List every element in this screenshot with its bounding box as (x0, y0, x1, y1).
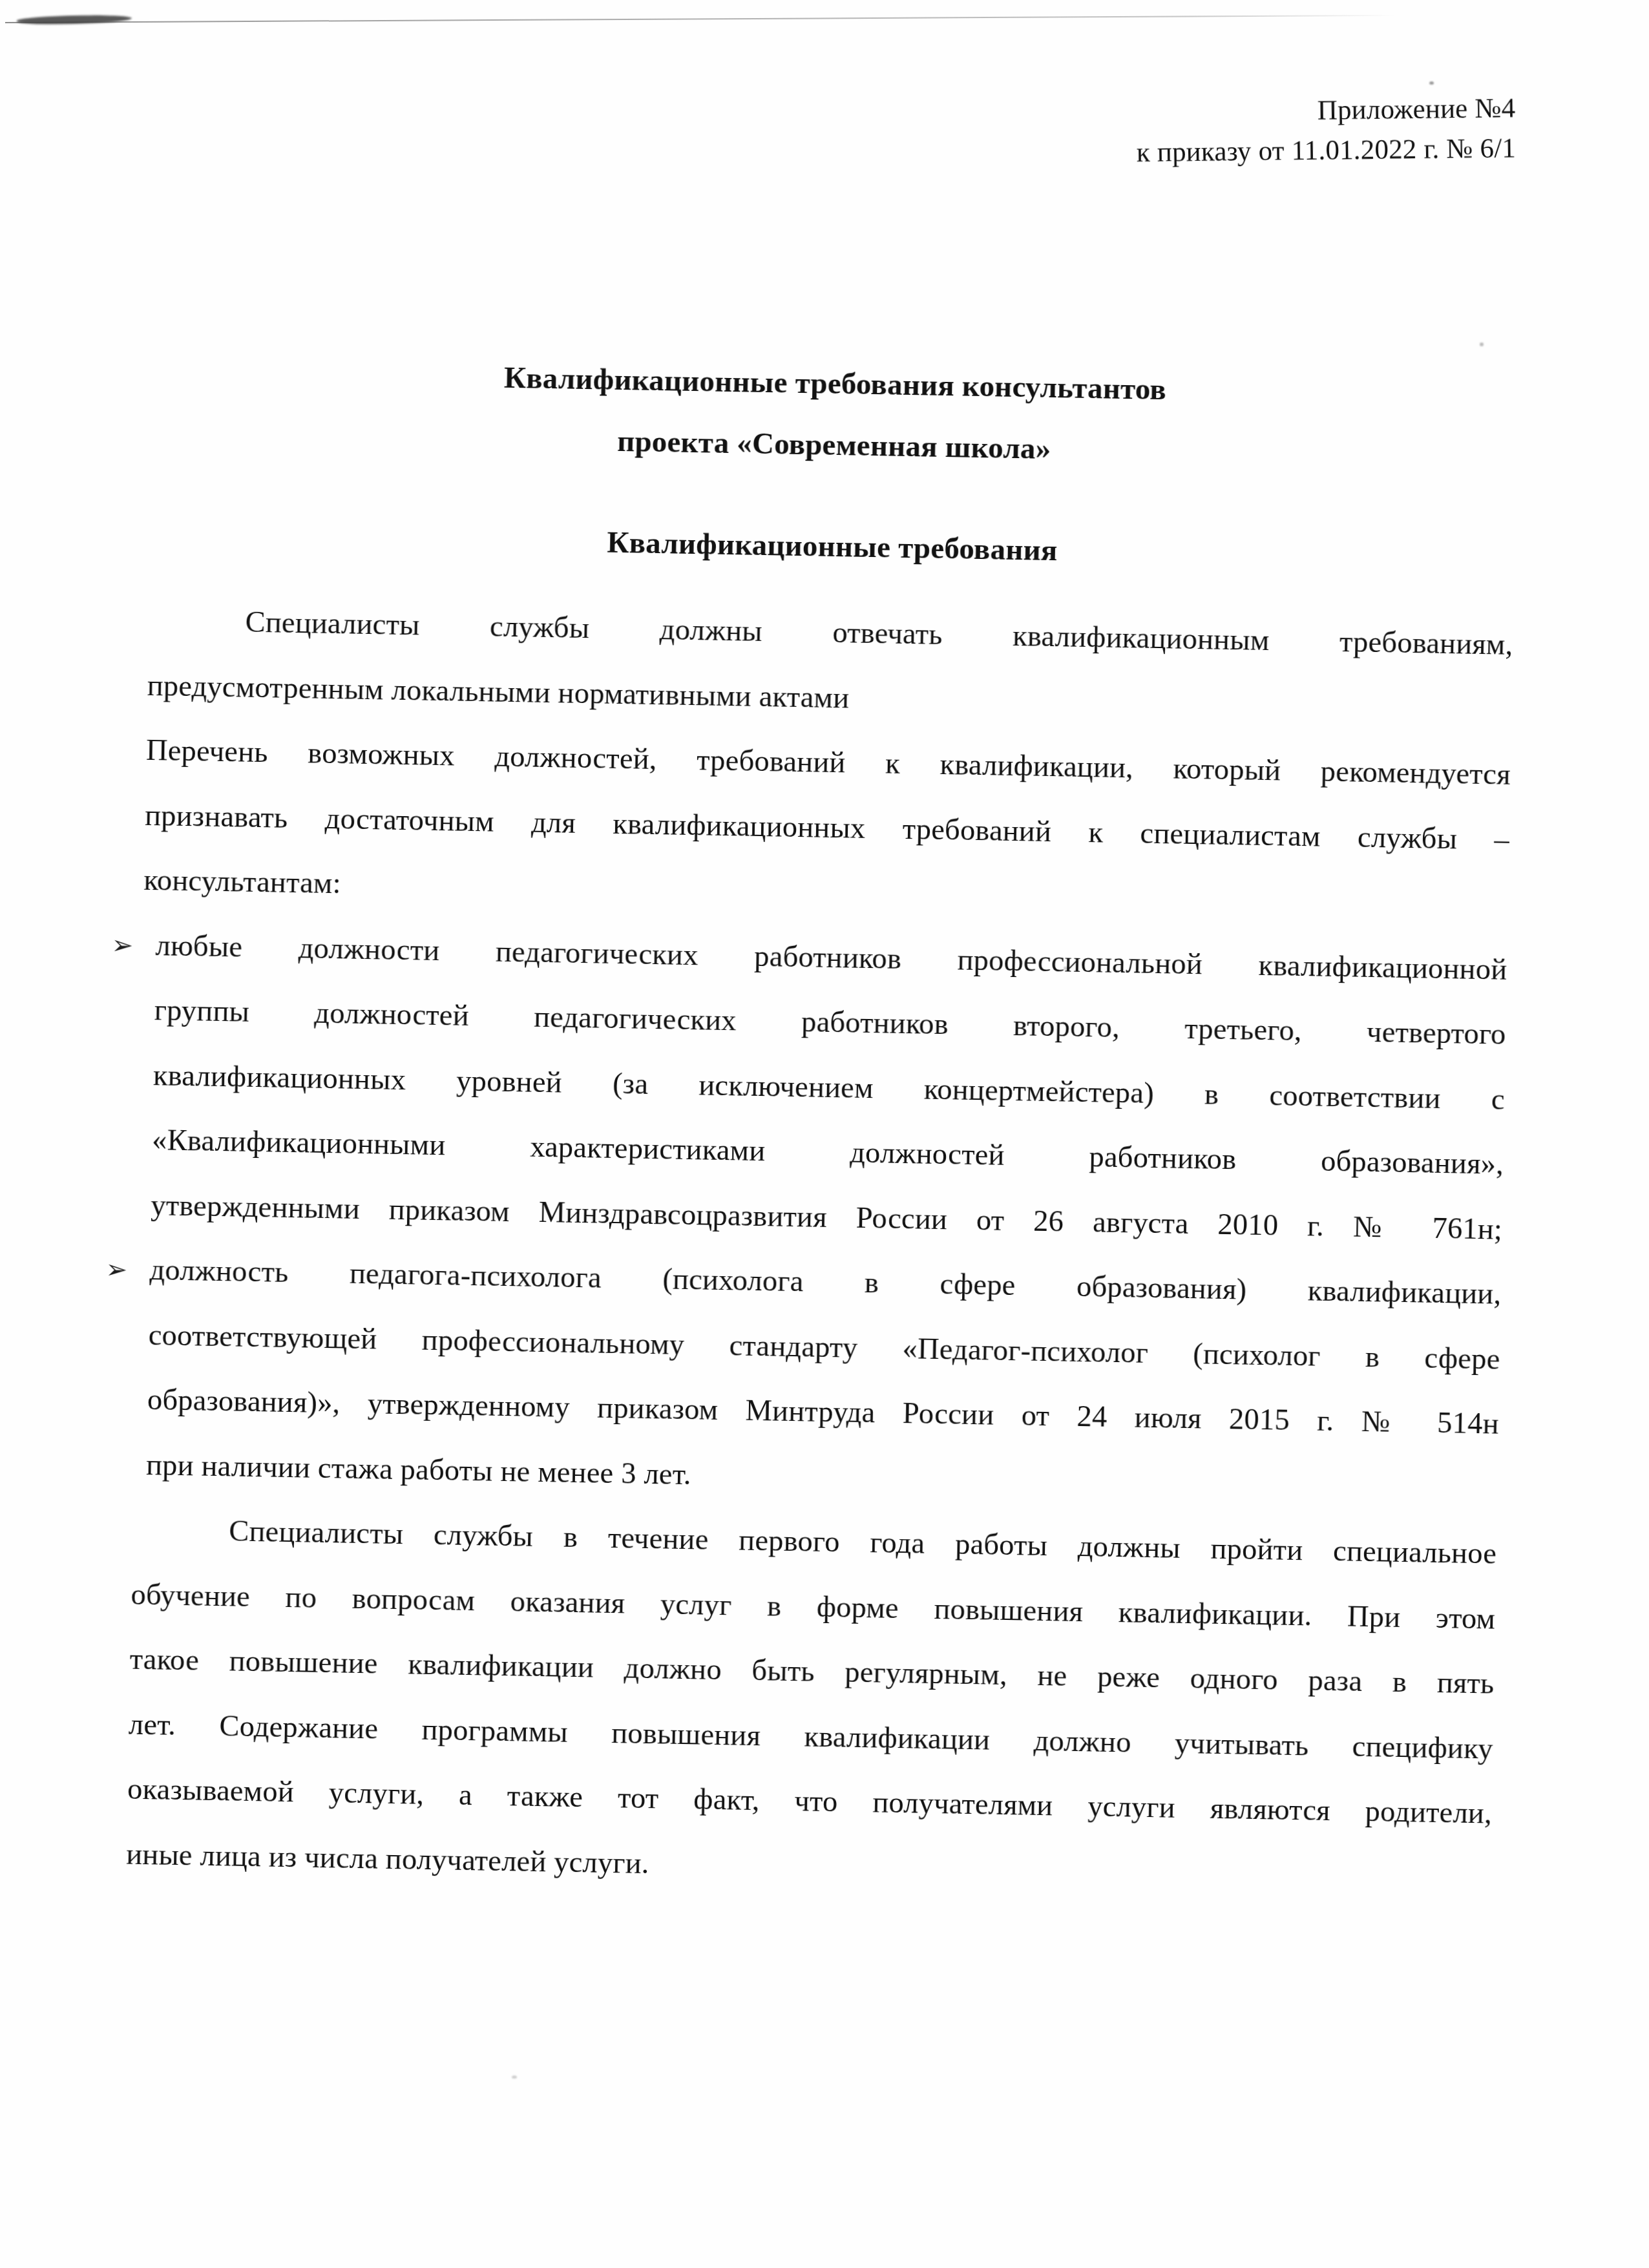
bullet-line-text: образования)», утвержденному приказом Ми… (147, 1383, 1500, 1441)
scan-speck (1429, 81, 1434, 85)
document-content: Приложение №4 к приказу от 11.01.2022 г.… (125, 64, 1522, 1912)
bullet-line-text: любые должности педагогических работнико… (155, 929, 1507, 987)
bullet-line-text: утвержденными приказом Минздравсоцразвит… (151, 1189, 1503, 1246)
bullet-item: ➢ должность педагога-психолога (психолог… (132, 1238, 1502, 1522)
paragraph-line-text: такое повышение квалификации должно быть… (129, 1643, 1495, 1701)
paragraph-line-text: признавать достаточным для квалификацион… (145, 799, 1510, 856)
bullet-line-text: должность педагога-психолога (психолога … (149, 1254, 1502, 1311)
arrow-bullet-icon: ➢ (111, 912, 134, 978)
paragraph-line-text: предусмотренным локальными нормативными … (147, 669, 849, 715)
paragraph-line-text: оказываемой услуги, а также тот факт, чт… (127, 1773, 1493, 1831)
paragraph-line-text: Перечень возможных должностей, требовани… (146, 734, 1511, 792)
section-heading: Квалификационные требования (149, 504, 1515, 590)
paragraph-line-text: Специалисты службы в течение первого год… (229, 1515, 1497, 1570)
bullet-line-text: группы должностей педагогических работни… (154, 994, 1506, 1051)
scan-artifact-mark (17, 14, 132, 26)
bullet-line-text: при наличии стажа работы не менее 3 лет. (146, 1449, 691, 1491)
scan-artifact-line (5, 15, 1394, 23)
paragraph-line-text: консультантам: (143, 864, 341, 900)
bullet-item: ➢ любые должности педагогических работни… (138, 913, 1508, 1262)
paragraph-line-text: Специалисты службы должны отвечать квали… (245, 606, 1513, 662)
scan-speck (512, 2075, 517, 2079)
paragraph-line-text: лет. Содержание программы повышения квал… (129, 1708, 1494, 1765)
document-title: Квалификационные требования консультанто… (151, 341, 1518, 488)
body-text: Специалисты службы должны отвечать квали… (125, 589, 1513, 1912)
paragraph-line-text: иные лица из числа получателей услуги. (126, 1838, 649, 1880)
bullet-line-text: соответствующей профессиональному станда… (148, 1319, 1500, 1376)
bullet-line-text: «Квалификационными характеристиками долж… (152, 1124, 1504, 1181)
scanned-page: Приложение №4 к приказу от 11.01.2022 г.… (0, 0, 1649, 2268)
appendix-reference: Приложение №4 к приказу от 11.01.2022 г.… (157, 89, 1522, 185)
paragraph-line-text: обучение по вопросам оказания услуг в фо… (131, 1578, 1496, 1635)
arrow-bullet-icon: ➢ (105, 1237, 129, 1303)
bullet-line-text: квалификационных уровней (за исключением… (153, 1059, 1506, 1117)
